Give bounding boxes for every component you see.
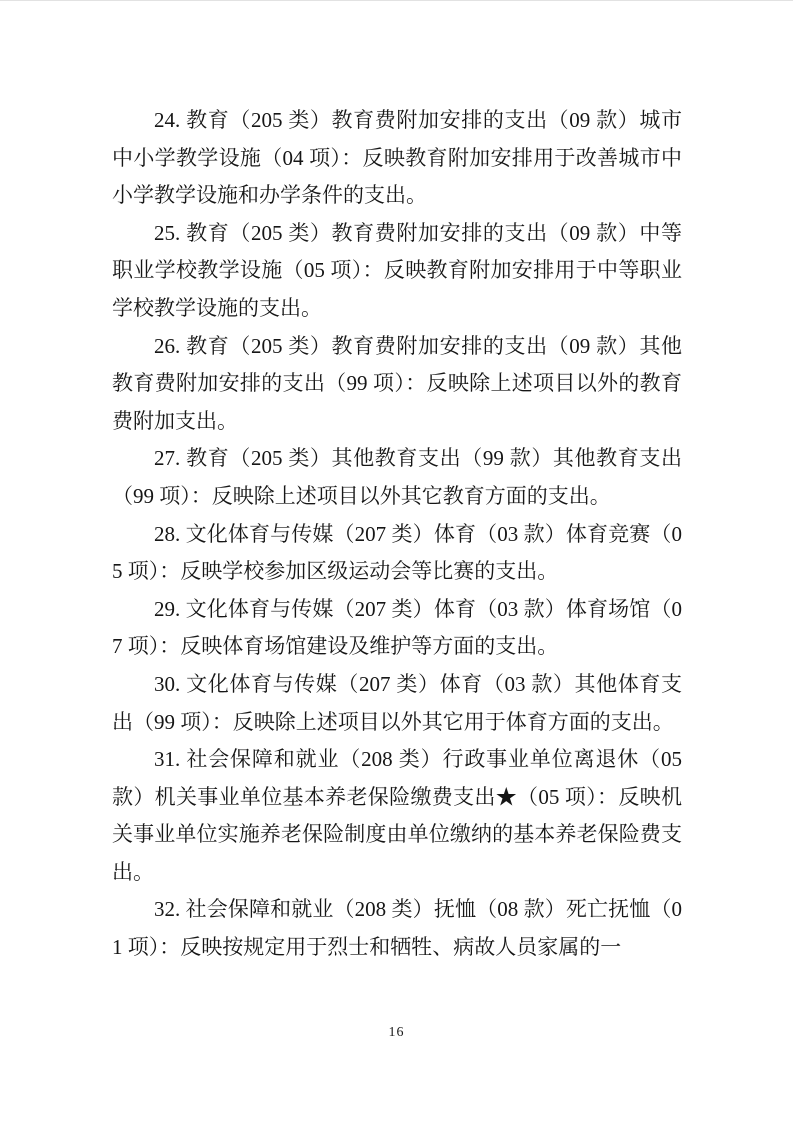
paragraph-item-30: 30. 文化体育与传媒（207 类）体育（03 款）其他体育支出（99 项）：反…	[112, 666, 682, 741]
paragraph-item-32: 32. 社会保障和就业（208 类）抚恤（08 款）死亡抚恤（01 项）：反映按…	[112, 891, 682, 966]
document-page: 24. 教育（205 类）教育费附加安排的支出（09 款）城市中小学教学设施（0…	[0, 0, 793, 1123]
paragraph-item-28: 28. 文化体育与传媒（207 类）体育（03 款）体育竞赛（05 项）：反映学…	[112, 516, 682, 591]
page-footer: 16	[0, 1023, 793, 1041]
paragraph-item-31: 31. 社会保障和就业（208 类）行政事业单位离退休（05 款）机关事业单位基…	[112, 741, 682, 891]
paragraph-item-25: 25. 教育（205 类）教育费附加安排的支出（09 款）中等职业学校教学设施（…	[112, 215, 682, 328]
paragraph-item-26: 26. 教育（205 类）教育费附加安排的支出（09 款）其他教育费附加安排的支…	[112, 328, 682, 441]
page-number: 16	[389, 1025, 405, 1040]
document-body: 24. 教育（205 类）教育费附加安排的支出（09 款）城市中小学教学设施（0…	[112, 102, 682, 967]
paragraph-item-24: 24. 教育（205 类）教育费附加安排的支出（09 款）城市中小学教学设施（0…	[112, 102, 682, 215]
paragraph-item-27: 27. 教育（205 类）其他教育支出（99 款）其他教育支出（99 项）：反映…	[112, 440, 682, 515]
paragraph-item-29: 29. 文化体育与传媒（207 类）体育（03 款）体育场馆（07 项）：反映体…	[112, 591, 682, 666]
